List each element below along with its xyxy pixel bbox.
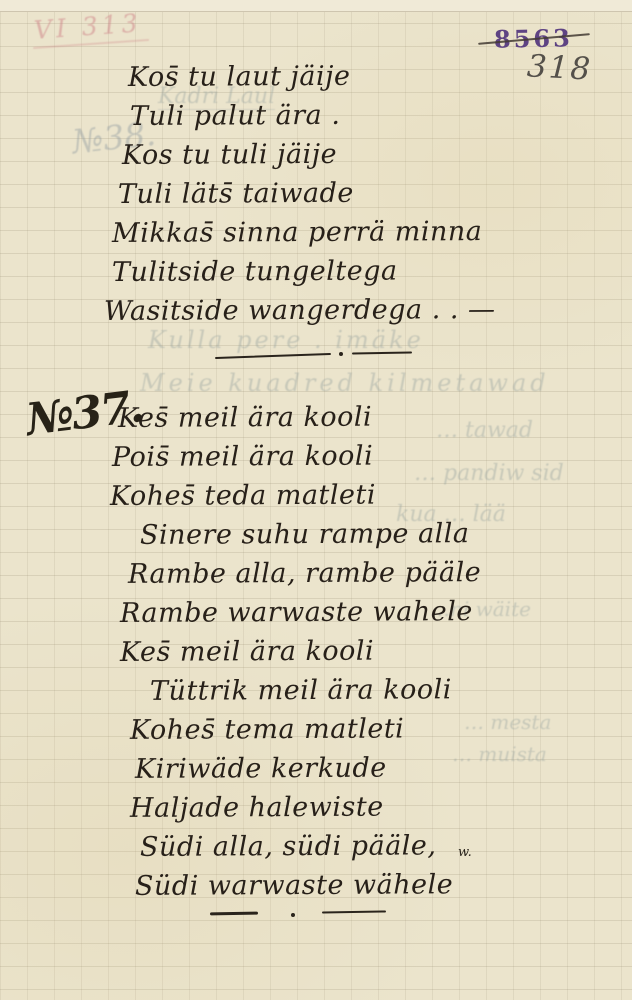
verse-line: Rambe alla, rambe pääle: [128, 553, 481, 594]
manuscript-page: VI 313 8563 318 №38. №37. Kadri Laul Kul…: [0, 0, 632, 1000]
page-number: 318: [526, 48, 593, 87]
separator-dot: [339, 352, 343, 356]
verse-line: Kos tu tuli jäije: [122, 134, 496, 175]
separator-stroke: [352, 351, 412, 354]
erased-pencil-text: Meie kuadred kilmetawad: [140, 369, 550, 397]
verse-line: Kiriwäde kerkude: [135, 748, 481, 789]
verse-line: Tulitside tungeltega: [112, 251, 496, 292]
verse-37: Kes̄ meil ära kooli Pois̄ meil ära kooli…: [108, 398, 481, 905]
separator-stroke: [322, 910, 386, 913]
verse-line: Kohes̄ tema matleti: [130, 709, 481, 750]
archive-number-red: VI 313: [31, 8, 149, 49]
verse-line: Kos̄ tu laut jäije: [128, 56, 496, 97]
separator-stroke: [210, 912, 258, 916]
verse-line: Tüttrik meil ära kooli: [150, 670, 481, 711]
separator-dot: [291, 913, 295, 917]
verse-line: Südi warwaste wähele: [135, 865, 481, 906]
verse-line: Sinere suhu rampe alla: [140, 514, 481, 555]
verse-line: Rambe warwaste wahele: [120, 592, 481, 633]
verse-38: Kos̄ tu laut jäije Tuli palut ära . Kos …: [102, 57, 496, 330]
verse-line: Tuli läts̄ taiwade: [118, 173, 496, 214]
verse-line: Haljade halewiste: [130, 787, 481, 828]
interlinear-correction: w.: [458, 845, 472, 860]
verse-line: Kohes̄ teda matleti: [110, 475, 481, 516]
paper-edge: [0, 0, 632, 12]
verse-line: Wasitside wangerdega . . —: [104, 290, 496, 331]
verse-line: Pois̄ meil ära kooli: [112, 436, 481, 477]
verse-line: Kes̄ meil ära kooli: [118, 397, 481, 438]
verse-line: Südi alla, südi pääle,: [140, 826, 481, 867]
verse-line: Mikkas̄ sinna perrä minna: [112, 212, 496, 253]
verse-line: Tuli palut ära .: [130, 95, 496, 136]
verse-line: Kes̄ meil ära kooli: [120, 631, 481, 672]
